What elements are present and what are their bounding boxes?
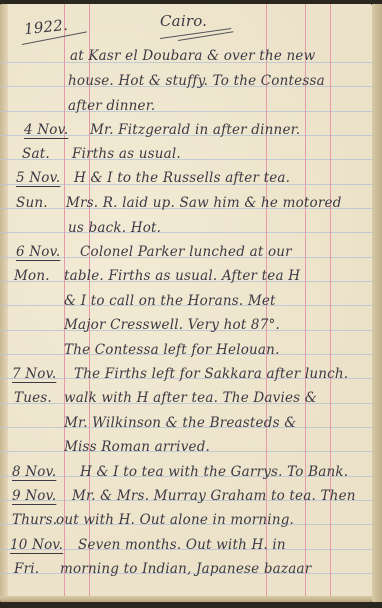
entry-date: 10 Nov. <box>10 537 63 553</box>
entry-line: The Contessa left for Helouan. <box>64 342 280 358</box>
entry-line: out with H. Out alone in morning. <box>56 512 294 528</box>
column-rule <box>305 4 306 602</box>
entry-line: Seven months. Out with H. in <box>78 537 286 553</box>
entry-date: 7 Nov. <box>12 366 56 382</box>
entry-line: The Firths left for Sakkara after lunch. <box>74 366 348 382</box>
diary-page: 1922. Cairo. at Kasr el Doubara & over t… <box>0 4 372 602</box>
entry-line: Miss Roman arrived. <box>64 439 210 455</box>
entry-line: Mr. & Mrs. Murray Graham to tea. Then <box>72 488 356 504</box>
entry-line: H & I to tea with the Garrys. To Bank. <box>80 464 348 480</box>
entry-line: Major Cresswell. Very hot 87°. <box>64 317 280 333</box>
entry-date: 4 Nov. <box>24 122 68 138</box>
entry-line: Mrs. R. laid up. Saw him & he motored <box>66 195 342 211</box>
entry-line: table. Firths as usual. After tea H <box>64 268 300 284</box>
entry-line: us back. Hot. <box>68 220 161 236</box>
rule-line <box>0 232 372 233</box>
entry-line: house. Hot & stuffy. To the Contessa <box>68 73 325 89</box>
entry-line: Colonel Parker lunched at our <box>80 244 292 260</box>
entry-date: 8 Nov. <box>12 464 56 480</box>
entry-day: Mon. <box>14 268 50 284</box>
page-bottom-edge <box>0 596 372 602</box>
rule-line <box>0 159 372 160</box>
entry-day: Sat. <box>22 146 50 162</box>
entry-line: Mr. Wilkinson & the Breasteds & <box>64 415 296 431</box>
entry-line: Mr. Fitzgerald in after dinner. <box>90 122 300 138</box>
entry-day: Tues. <box>14 390 52 406</box>
entry-day: Fri. <box>14 561 39 577</box>
rule-line <box>0 111 372 112</box>
place-underline <box>178 31 233 41</box>
entry-line: walk with H after tea. The Davies & <box>64 390 317 406</box>
entry-line: after dinner. <box>68 98 155 114</box>
entry-date: 6 Nov. <box>16 244 60 260</box>
entry-line: morning to Indian, Japanese bazaar <box>60 561 311 577</box>
entry-date: 5 Nov. <box>16 170 60 186</box>
entry-date: 9 Nov. <box>12 488 56 504</box>
column-rule <box>330 4 331 602</box>
entry-line: Firths as usual. <box>72 146 181 162</box>
page-stack-edge <box>372 4 382 602</box>
entry-day: Thurs. <box>12 512 57 528</box>
entry-line: at Kasr el Doubara & over the new <box>70 48 315 64</box>
entry-line: H & I to the Russells after tea. <box>74 170 290 186</box>
header-place: Cairo. <box>160 12 207 30</box>
header-year: 1922. <box>23 16 69 38</box>
page-binding <box>0 4 8 602</box>
entry-day: Sun. <box>16 195 48 211</box>
entry-line: & I to call on the Horans. Met <box>64 293 276 309</box>
